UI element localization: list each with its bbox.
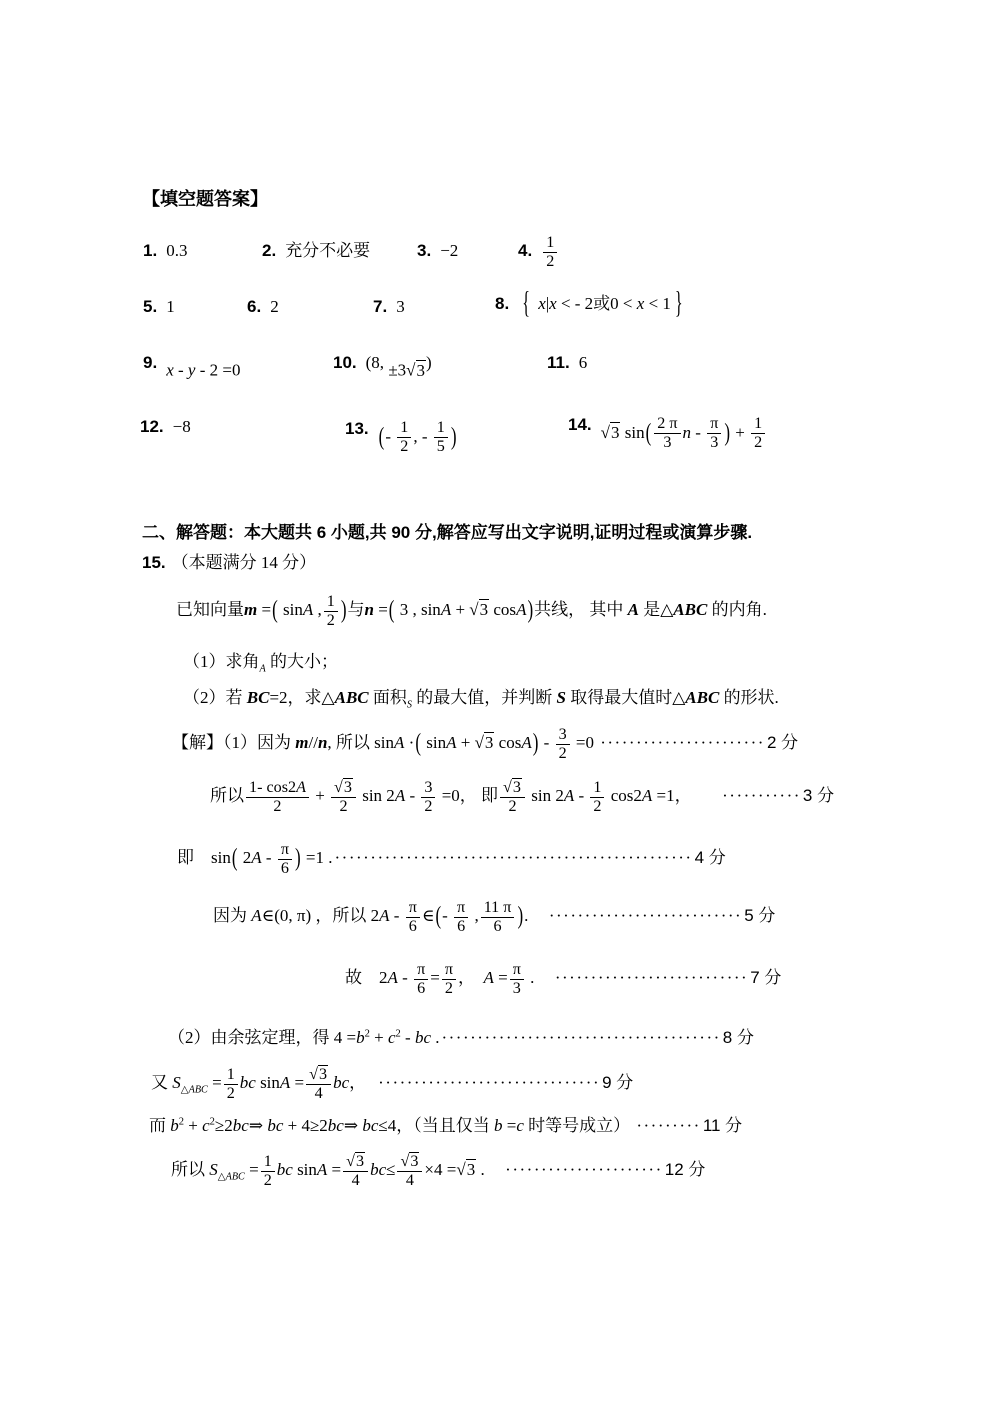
section-2-header: 二、解答题：本大题共 6 小题,共 90 分,解答应写出文字说明,证明过程或演算…: [142, 522, 752, 543]
answer-value: 3: [396, 297, 405, 316]
answer-value: x - y - 2 =0: [166, 361, 240, 380]
answer-item-5: 5.1: [143, 296, 175, 317]
answer-item-2: 2.充分不必要: [262, 240, 370, 261]
problem-part-2: （2）若 BC=2，求△ABC 面积S 的最大值，并判断 S 取得最大值时△AB…: [183, 687, 779, 708]
answer-value: { x|x < - 2或0 < x < 1}: [518, 294, 686, 313]
step-score: 8 分: [723, 1028, 754, 1047]
solution-step-3: 即 sin( 2A - π6) =1 .····················…: [177, 841, 726, 878]
step-score: 3 分: [803, 786, 834, 805]
step-score: 11 分: [703, 1116, 742, 1135]
answer-value: 0.3: [166, 241, 187, 260]
answer-value: (8, ±3√3): [366, 353, 432, 372]
document-page: 【填空题答案】 1.0.3 2.充分不必要 3.−2 4.12 5.1 6.2 …: [0, 0, 1000, 1415]
step-content: 故 2A - π6=π2， A =π3 .: [345, 968, 534, 987]
dot-leader: ·······························: [360, 1073, 601, 1092]
answer-number: 1.: [143, 241, 157, 260]
answer-number: 9.: [143, 353, 157, 372]
answer-item-8: 8.{ x|x < - 2或0 < x < 1}: [495, 293, 687, 315]
solution-step-7: 又 S△ABC =12bc sinA =√34bc， ·············…: [151, 1066, 633, 1103]
answer-number: 4.: [518, 241, 532, 260]
step-content: 【解】（1）因为 m//n, 所以 sinA ·( sinA + √3 cosA…: [172, 733, 598, 752]
dot-leader: ·······················: [600, 733, 765, 752]
answer-number: 6.: [247, 297, 261, 316]
problem-statement: 已知向量m =( sinA ,12)与n =( 3 , sinA + √3 co…: [176, 593, 767, 630]
step-content: （2）由余弦定理，得 4 =b2 + c2 - bc .: [168, 1028, 439, 1047]
answer-item-9: 9.x - y - 2 =0: [143, 352, 240, 381]
step-score: 5 分: [744, 906, 775, 925]
answer-item-3: 3.−2: [417, 240, 458, 261]
step-content: 因为 A∈(0, π) ，所以 2A - π6∈(- π6 ,11 π6).: [213, 906, 528, 925]
step-score: 12 分: [665, 1160, 706, 1179]
answer-value: −2: [440, 241, 458, 260]
answer-number: 7.: [373, 297, 387, 316]
step-content: 所以 S△ABC =12bc sinA =√34bc≤√34×4 =√3 .: [171, 1160, 485, 1179]
answer-value: 6: [579, 353, 588, 372]
step-score: 4 分: [695, 848, 726, 867]
dot-leader: ·········: [636, 1116, 700, 1135]
answer-number: 2.: [262, 241, 276, 260]
solution-step-2: 所以1- cos2A2 + √32 sin 2A - 32 =0， 即√32 s…: [210, 779, 834, 816]
answer-number: 13.: [345, 419, 369, 438]
step-content: 即 sin( 2A - π6) =1 .: [177, 848, 333, 867]
solution-step-8: 而 b2 + c2≥2bc⇒ bc + 4≥2bc⇒ bc≤4，（当且仅当 b …: [149, 1115, 742, 1136]
dot-leader: ···········: [685, 786, 801, 805]
answer-value: 1: [166, 297, 175, 316]
answer-value: 2: [270, 297, 279, 316]
dot-leader: ···························: [530, 906, 742, 925]
question-number: 15.: [142, 553, 166, 572]
step-content: 所以1- cos2A2 + √32 sin 2A - 32 =0， 即√32 s…: [210, 786, 683, 805]
step-score: 9 分: [602, 1073, 633, 1092]
fill-in-answers-title: 【填空题答案】: [142, 188, 268, 211]
answer-item-6: 6.2: [247, 296, 279, 317]
dot-leader: ······················: [487, 1160, 663, 1179]
answer-number: 11.: [547, 353, 570, 372]
answer-number: 10.: [333, 353, 357, 372]
question-15-heading: 15.（本题满分 14 分）: [142, 552, 316, 573]
answer-value: 12: [541, 241, 559, 260]
answer-item-10: 10.(8, ±3√3): [333, 352, 432, 381]
step-score: 7 分: [750, 968, 781, 987]
problem-part-1: （1）求角A 的大小；: [183, 651, 338, 672]
answer-value: √3 sin(2 π3n - π3) + 12: [601, 423, 768, 442]
answer-number: 12.: [140, 417, 164, 436]
step-score: 2 分: [767, 733, 798, 752]
solution-step-4: 因为 A∈(0, π) ，所以 2A - π6∈(- π6 ,11 π6). ·…: [213, 899, 775, 936]
solution-step-6: （2）由余弦定理，得 4 =b2 + c2 - bc .············…: [168, 1027, 754, 1048]
dot-leader: ········································…: [335, 848, 693, 867]
dot-leader: ···························: [536, 968, 748, 987]
answer-value: (- 12, - 15): [378, 427, 458, 446]
answer-value: −8: [173, 417, 191, 436]
solution-step-5: 故 2A - π6=π2， A =π3 . ··················…: [345, 961, 781, 998]
answer-number: 8.: [495, 294, 509, 313]
answer-item-12: 12.−8: [140, 416, 191, 437]
step-content: 又 S△ABC =12bc sinA =√34bc，: [151, 1073, 358, 1092]
dot-leader: ·······································: [441, 1028, 720, 1047]
answer-item-13: 13.(- 12, - 15): [345, 418, 457, 456]
question-score-note: （本题满分 14 分）: [172, 553, 317, 572]
step-content: 而 b2 + c2≥2bc⇒ bc + 4≥2bc⇒ bc≤4，（当且仅当 b …: [149, 1116, 634, 1135]
answer-value: 充分不必要: [285, 241, 370, 260]
answer-number: 5.: [143, 297, 157, 316]
answer-item-1: 1.0.3: [143, 240, 187, 261]
answer-number: 14.: [568, 415, 592, 434]
answer-item-14: 14.√3 sin(2 π3n - π3) + 12: [568, 414, 767, 452]
answer-number: 3.: [417, 241, 431, 260]
answer-item-7: 7.3: [373, 296, 405, 317]
answer-item-4: 4.12: [518, 234, 559, 271]
solution-step-9: 所以 S△ABC =12bc sinA =√34bc≤√34×4 =√3 . ·…: [171, 1153, 705, 1190]
answer-item-11: 11.6: [547, 352, 587, 373]
solution-step-1: 【解】（1）因为 m//n, 所以 sinA ·( sinA + √3 cosA…: [172, 726, 798, 763]
